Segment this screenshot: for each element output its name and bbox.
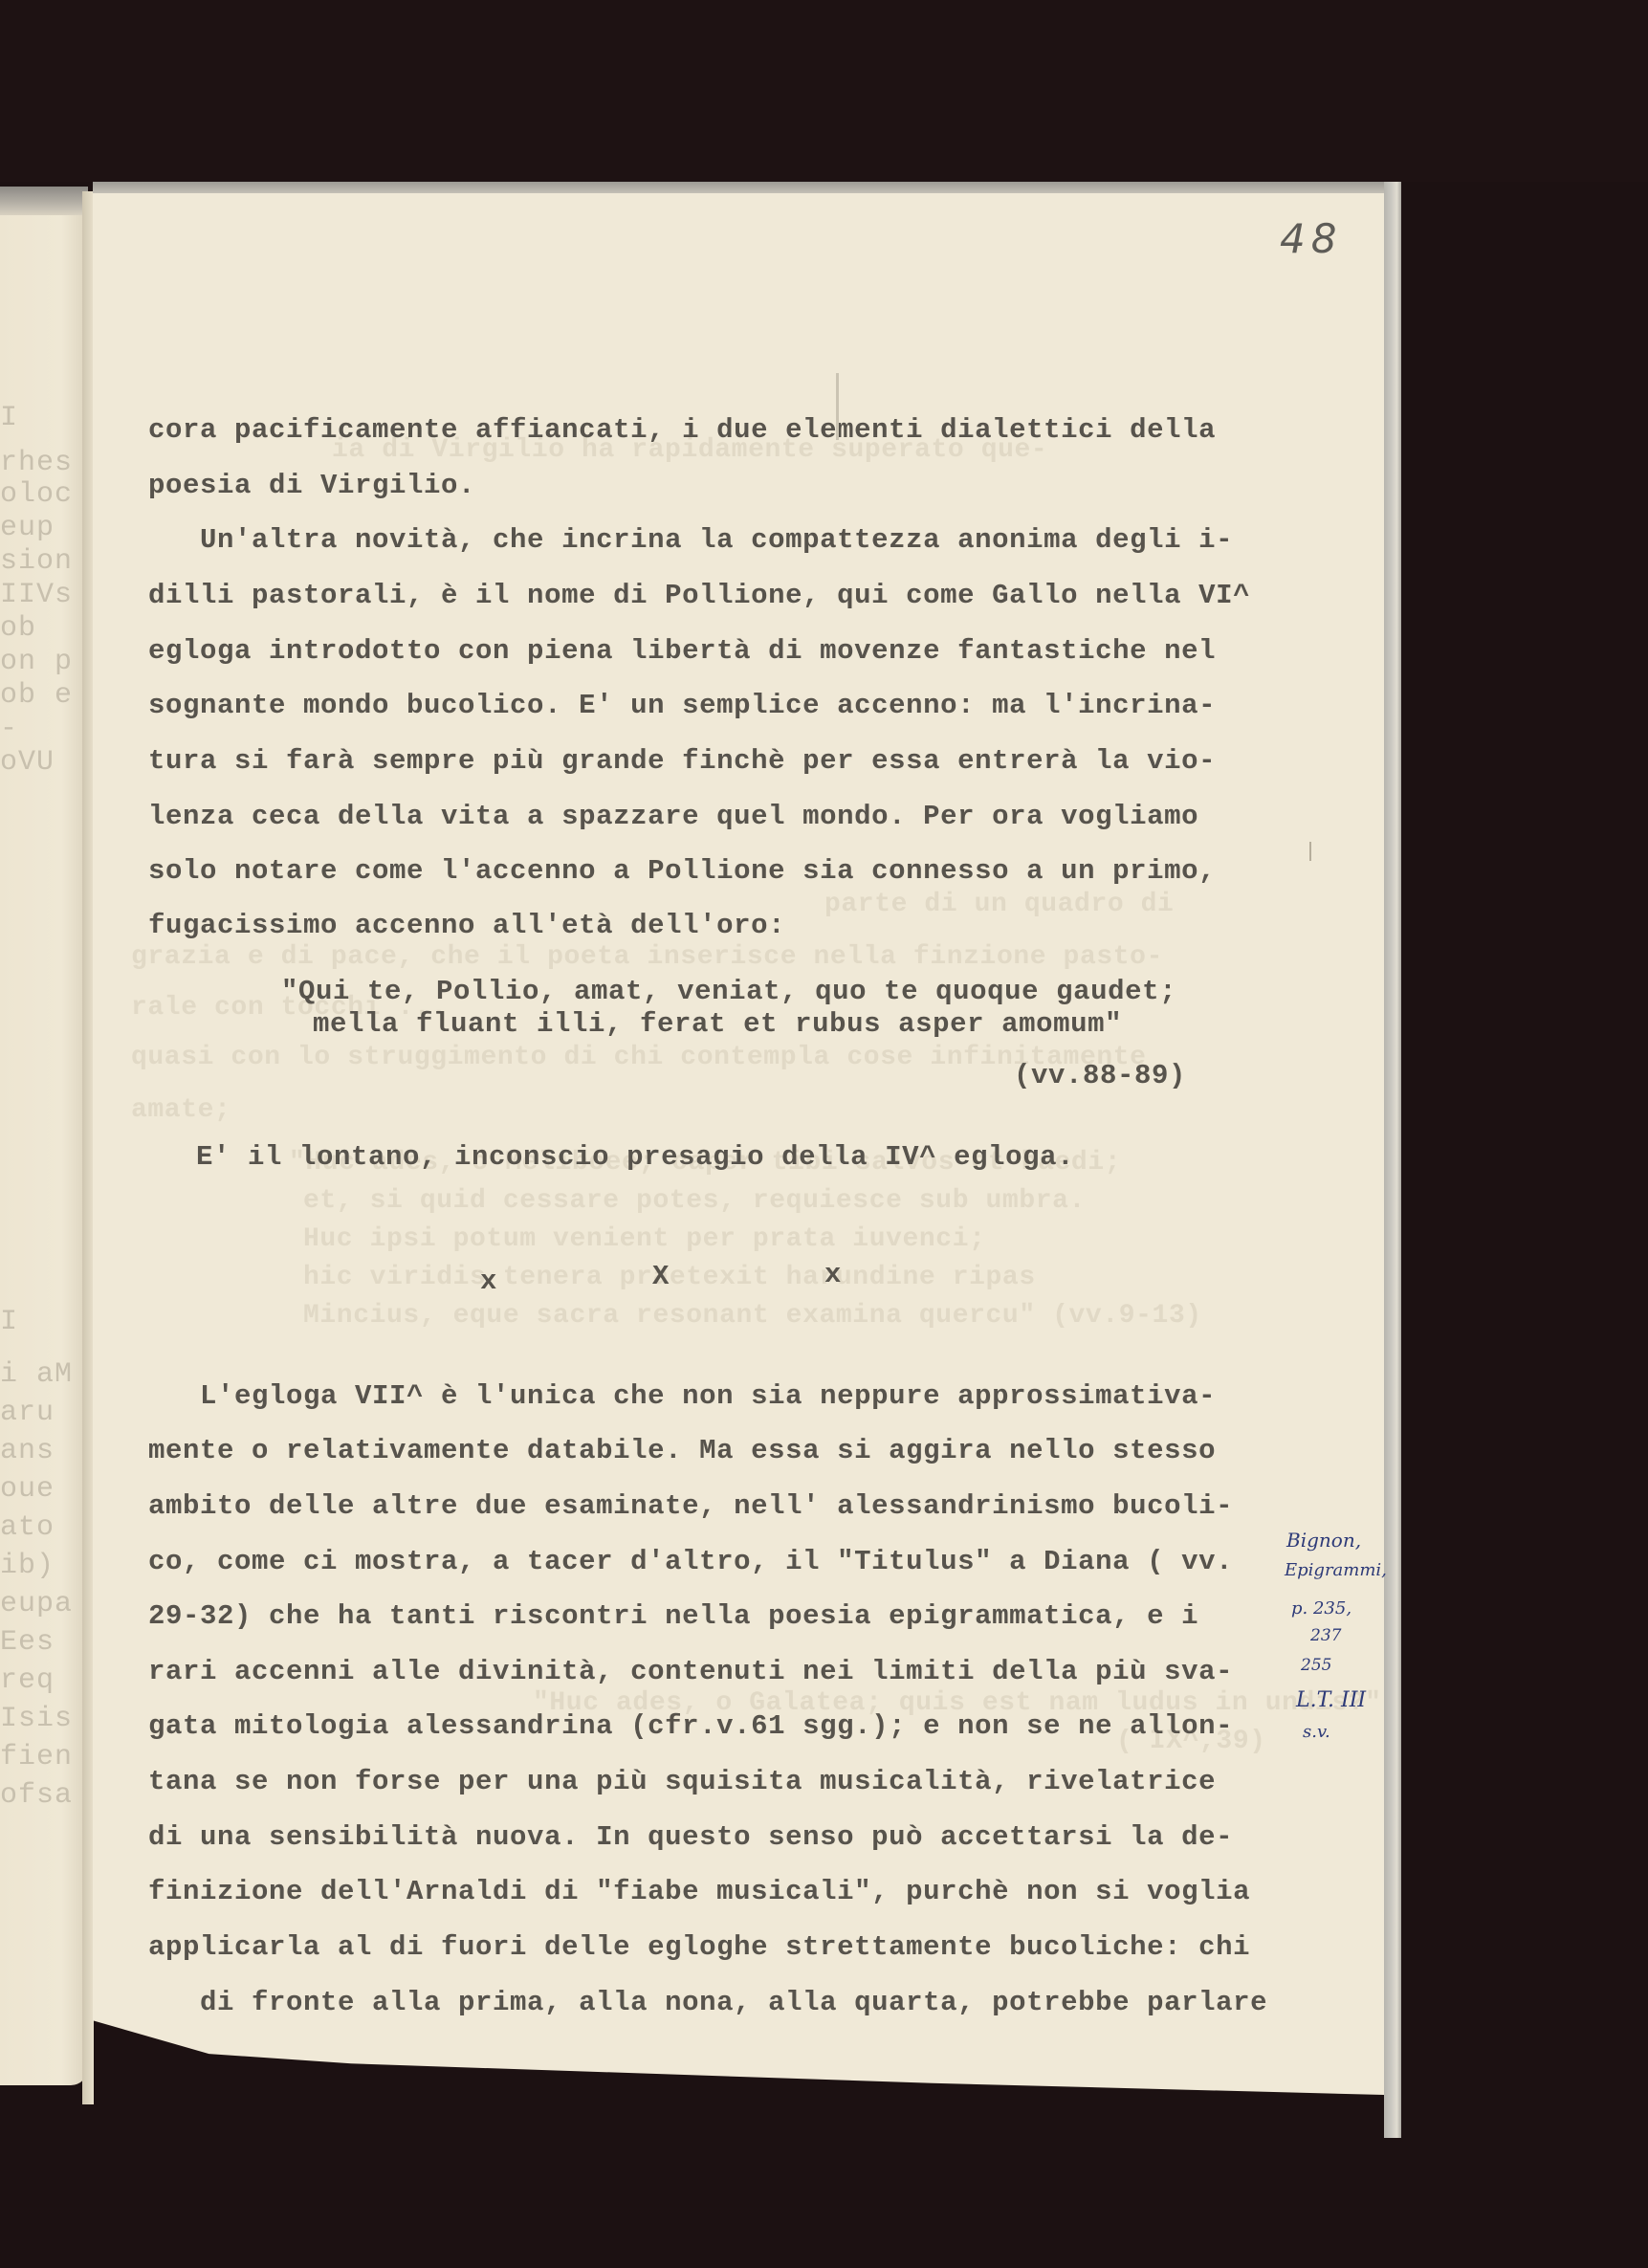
- bleed-through-text: amate;: [131, 1095, 231, 1125]
- previous-page-fragment: oVU: [0, 746, 55, 779]
- previous-page-edge: I rhes oloc eup sion IIVs ob on p ob e -…: [0, 187, 88, 2085]
- paragraph-1-line: Un'altra novità, che incrina la compatte…: [148, 526, 1233, 554]
- paragraph-1-line: poesia di Virgilio.: [148, 472, 475, 499]
- paragraph-1-line: egloga introdotto con piena libertà di m…: [148, 637, 1216, 665]
- quotation-line: mella fluant illi, ferat et rubus asper …: [313, 1010, 1122, 1038]
- paragraph-1-line: solo notare come l'accenno a Pollione si…: [148, 857, 1216, 885]
- paragraph-1-line: sognante mondo bucolico. E' un semplice …: [148, 692, 1216, 719]
- paragraph-2-line: ambito delle altre due esaminate, nell' …: [148, 1492, 1233, 1520]
- bleed-through-text: quasi con lo struggimento di chi contemp…: [131, 1043, 1147, 1072]
- book-gutter: [82, 191, 94, 2104]
- paragraph-2-line: di una sensibilità nuova. In questo sens…: [148, 1823, 1233, 1851]
- previous-page-fragment: fien: [0, 1741, 73, 1773]
- quotation-line: "Qui te, Pollio, amat, veniat, quo te qu…: [281, 978, 1176, 1005]
- margin-note-line: p. 235,: [1291, 1600, 1351, 1618]
- bleed-through-text: parte di un quadro di: [824, 890, 1174, 919]
- paragraph-2-line: mente o relativamente databile. Ma essa …: [148, 1437, 1216, 1464]
- paragraph-2-line: applicarla al di fuori delle egloghe str…: [148, 1933, 1250, 1961]
- margin-note-line: 255: [1301, 1658, 1331, 1674]
- bleed-through-text: grazia e di pace, che il poeta inserisce…: [131, 942, 1163, 972]
- bleed-through-text: et, si quid cessare potes, requiesce sub…: [303, 1186, 1086, 1216]
- previous-page-fragment: on p: [0, 646, 73, 678]
- previous-page-fragment: ans: [0, 1435, 55, 1467]
- page-number: 48: [1280, 215, 1342, 262]
- bleed-through-text: Huc ipsi potum venient per prata iuvenci…: [303, 1224, 986, 1254]
- paragraph-2-line: tana se non forse per una più squisita m…: [148, 1768, 1216, 1795]
- section-break-mark: x: [480, 1267, 497, 1295]
- paragraph-1-line: dilli pastorali, è il nome di Pollione, …: [148, 582, 1250, 609]
- previous-page-fragment: req: [0, 1664, 55, 1697]
- paragraph-1-line: tura si farà sempre più grande finchè pe…: [148, 747, 1216, 775]
- paragraph-2-line: di fronte alla prima, alla nona, alla qu…: [148, 1989, 1267, 2016]
- previous-page-top-shadow: [0, 187, 88, 215]
- closing-line: E' il lontano, inconscio presagio della …: [196, 1143, 1074, 1171]
- previous-page-fragment: aru: [0, 1397, 55, 1429]
- previous-page-fragment: -: [0, 713, 18, 745]
- bleed-through-text: Mincius, eque sacra resonant examina que…: [303, 1301, 1202, 1331]
- paragraph-2-line: 29-32) che ha tanti riscontri nella poes…: [148, 1602, 1198, 1630]
- section-break-mark: x: [824, 1261, 842, 1288]
- margin-note-line: Bignon,: [1286, 1530, 1361, 1550]
- previous-page-fragment: oue: [0, 1473, 55, 1506]
- section-break-mark: X: [652, 1263, 670, 1290]
- page-top-edge: [93, 182, 1384, 193]
- paragraph-2-line: co, come ci mostra, a tacer d'altro, il …: [148, 1548, 1233, 1575]
- previous-page-fragment: i aM: [0, 1358, 73, 1391]
- paragraph-1-line: cora pacificamente affiancati, i due ele…: [148, 416, 1216, 444]
- paragraph-1-line: lenza ceca della vita a spazzare quel mo…: [148, 803, 1198, 830]
- previous-page-fragment: oloc: [0, 478, 73, 511]
- pencil-stroke: [1309, 842, 1311, 861]
- margin-note-line: Epigrammi,: [1285, 1562, 1387, 1579]
- pencil-stroke: [836, 373, 839, 440]
- previous-page-fragment: sion: [0, 545, 73, 578]
- previous-page-fragment: rhes: [0, 447, 73, 479]
- previous-page-fragment: I: [0, 402, 18, 434]
- previous-page-fragment: ob: [0, 612, 36, 645]
- previous-page-fragment: eupa: [0, 1588, 73, 1620]
- margin-note-line: L.T. III: [1296, 1690, 1366, 1711]
- margin-note-line: 237: [1310, 1628, 1341, 1644]
- paragraph-1-line: fugacissimo accenno all'età dell'oro:: [148, 912, 785, 939]
- paragraph-2-line: rari accenni alle divinità, contenuti ne…: [148, 1658, 1233, 1685]
- previous-page-fragment: ib): [0, 1550, 55, 1582]
- previous-page-fragment: ato: [0, 1511, 55, 1544]
- previous-page-fragment: ofsa: [0, 1779, 73, 1812]
- paragraph-2-line: finizione dell'Arnaldi di "fiabe musical…: [148, 1878, 1250, 1905]
- previous-page-fragment: I: [0, 1306, 18, 1338]
- previous-page-fragment: Ees: [0, 1626, 55, 1659]
- page-right-edge: [1384, 182, 1401, 2138]
- paragraph-2-line: L'egloga VII^ è l'unica che non sia nepp…: [148, 1382, 1216, 1410]
- previous-page-fragment: IIVs: [0, 579, 73, 611]
- document-page: ia di Virgilio ha rapidamente superato q…: [93, 182, 1384, 2138]
- margin-note-line: s.v.: [1303, 1724, 1330, 1741]
- previous-page-fragment: Isis: [0, 1703, 73, 1735]
- quotation-citation: (vv.88-89): [1014, 1062, 1186, 1090]
- paragraph-2-line: gata mitologia alessandrina (cfr.v.61 sg…: [148, 1712, 1233, 1740]
- previous-page-fragment: ob e: [0, 679, 73, 712]
- scanner-background-top: [0, 0, 1648, 182]
- previous-page-fragment: eup: [0, 512, 55, 544]
